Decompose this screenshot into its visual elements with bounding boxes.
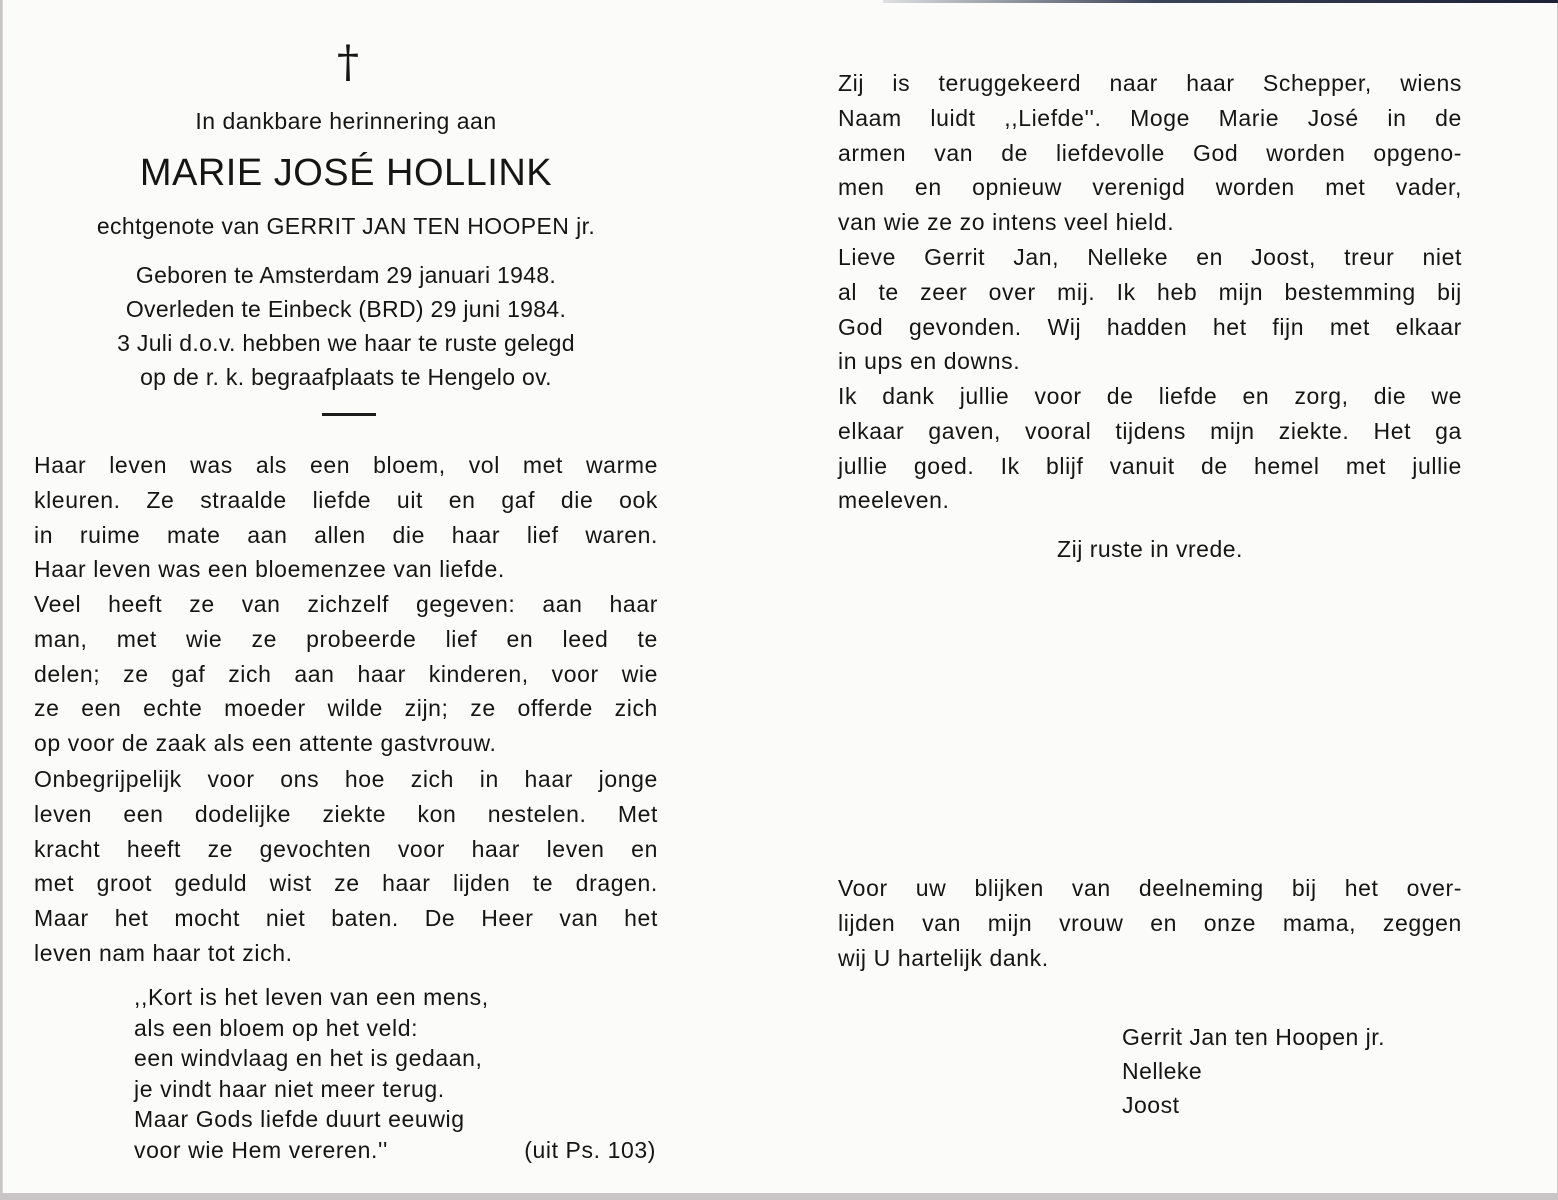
poem-line: een windvlaag en het is gedaan, — [134, 1043, 656, 1074]
text-line: LieveGerritJan,NellekeenJoost,treurniet — [838, 240, 1462, 275]
text-line: Veelheeftzevanzichzelfgegeven:aanhaar — [34, 587, 658, 622]
card-top-edge — [883, 0, 1558, 3]
left-paragraph-2: Veelheeftzevanzichzelfgegeven:aanhaar ma… — [34, 587, 658, 761]
death-line: Overleden te Einbeck (BRD) 29 juni 1984. — [34, 292, 658, 326]
life-details: Geboren te Amsterdam 29 januari 1948. Ov… — [34, 258, 658, 394]
text-line: van wie ze zo intens veel hield. — [838, 205, 1462, 240]
text-line: Haarlevenwasalseenbloem,volmetwarme — [34, 448, 658, 483]
text-line: krachtheeftzegevochtenvoorhaarlevenen — [34, 832, 658, 867]
signatory: Joost — [1122, 1088, 1385, 1122]
text-line: kleuren.Zestraaldeliefdeuitengafdieook — [34, 483, 658, 518]
rest-in-peace: Zij ruste in vrede. — [838, 536, 1462, 563]
text-line: armenvandeliefdevolleGodwordenopgeno- — [838, 136, 1462, 171]
text-line: metgrootgeduldwistzehaarlijdentedragen. — [34, 866, 658, 901]
text-line: Godgevonden.Wijhaddenhetfijnmetelkaar — [838, 310, 1462, 345]
right-paragraph-2: LieveGerritJan,NellekeenJoost,treurniet … — [838, 240, 1462, 379]
left-paragraph-3: Onbegrijpelijkvooronshoezichinhaarjonge … — [34, 762, 658, 971]
poem-line: als een bloem op het veld: — [134, 1013, 656, 1044]
poem-line: Maar Gods liefde duurt eeuwig — [134, 1104, 656, 1135]
divider — [322, 413, 376, 416]
right-paragraph-1: ZijisteruggekeerdnaarhaarSchepper,wiens … — [838, 66, 1462, 240]
text-line: ZijisteruggekeerdnaarhaarSchepper,wiens — [838, 66, 1462, 101]
text-line: op voor de zaak als een attente gastvrou… — [34, 726, 658, 761]
text-line: menenopnieuwverenigdwordenmetvader, — [838, 170, 1462, 205]
birth-line: Geboren te Amsterdam 29 januari 1948. — [34, 258, 658, 292]
text-line: julliegoed.Ikblijfvanuitdehemelmetjullie — [838, 449, 1462, 484]
signatories: Gerrit Jan ten Hoopen jr. Nelleke Joost — [1122, 1020, 1385, 1122]
text-line: delen;zegafzichaanhaarkinderen,voorwie — [34, 657, 658, 692]
text-line: Vooruwblijkenvandeelnemingbijhetover- — [838, 871, 1462, 906]
text-line: inruimemateaanallendiehaarliefwaren. — [34, 518, 658, 553]
text-line: lijdenvanmijnvrouwenonzemama,zeggen — [838, 906, 1462, 941]
right-paragraph-3: Ikdankjullievoordeliefdeenzorg,diewe elk… — [838, 379, 1462, 518]
deceased-name: MARIE JOSÉ HOLLINK — [34, 152, 658, 195]
text-line: Haar leven was een bloemenzee van liefde… — [34, 552, 658, 587]
text-line: zeeenechtemoederwildezijn;zeofferdezich — [34, 691, 658, 726]
poem-line: voor wie Hem vereren.'' — [134, 1135, 388, 1166]
intro-text: In dankbare herinnering aan — [34, 108, 658, 135]
text-line: man,metwiezeprobeerdeliefenleedte — [34, 622, 658, 657]
left-paragraph-1: Haarlevenwasalseenbloem,volmetwarme kleu… — [34, 448, 658, 587]
psalm-quote: ,,Kort is het leven van een mens, als ee… — [134, 982, 656, 1165]
psalm-source: (uit Ps. 103) — [524, 1135, 656, 1166]
spouse-line: echtgenote van GERRIT JAN TEN HOOPEN jr. — [34, 213, 658, 240]
text-line: leven nam haar tot zich. — [34, 936, 658, 971]
text-line: wij U hartelijk dank. — [838, 941, 1462, 976]
poem-line: ,,Kort is het leven van een mens, — [134, 982, 656, 1013]
thanks-paragraph: Vooruwblijkenvandeelnemingbijhetover- li… — [838, 871, 1462, 975]
signatory: Gerrit Jan ten Hoopen jr. — [1122, 1020, 1385, 1054]
text-line: Ikdankjullievoordeliefdeenzorg,diewe — [838, 379, 1462, 414]
text-line: Naamluidt,,Liefde''.MogeMarieJoséinde — [838, 101, 1462, 136]
text-line: Onbegrijpelijkvooronshoezichinhaarjonge — [34, 762, 658, 797]
cemetery-line: op de r. k. begraafplaats te Hengelo ov. — [34, 360, 658, 394]
poem-line: je vindt haar niet meer terug. — [134, 1074, 656, 1105]
signatory: Nelleke — [1122, 1054, 1385, 1088]
text-line: meeleven. — [838, 483, 1462, 518]
cross-icon: † — [336, 38, 360, 88]
text-line: in ups en downs. — [838, 344, 1462, 379]
text-line: leveneendodelijkeziektekonnestelen.Met — [34, 797, 658, 832]
text-line: Maarhetmochtnietbaten.DeHeervanhet — [34, 901, 658, 936]
burial-line: 3 Juli d.o.v. hebben we haar te ruste ge… — [34, 326, 658, 360]
text-line: elkaargaven,vooraltijdensmijnziekte.Hetg… — [838, 414, 1462, 449]
text-line: altezeerovermij.Ikhebmijnbestemmingbij — [838, 275, 1462, 310]
